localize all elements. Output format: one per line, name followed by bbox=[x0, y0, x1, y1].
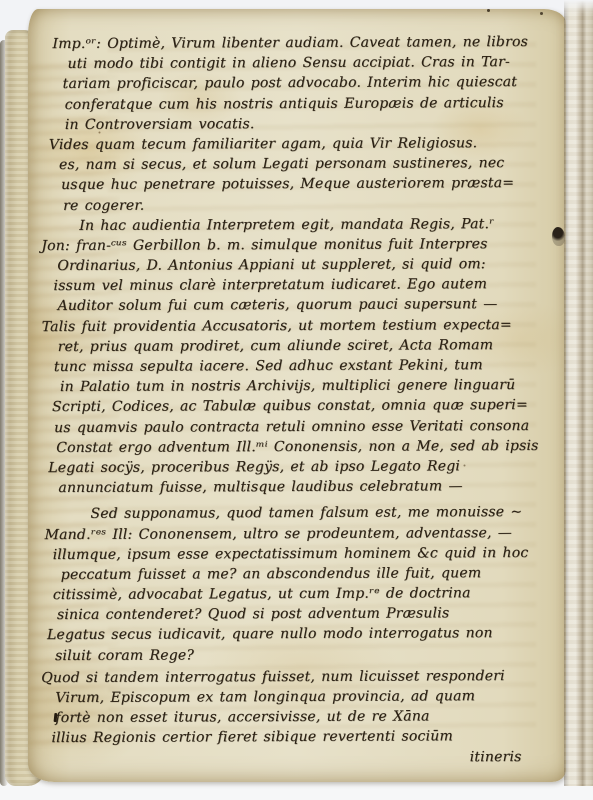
manuscript-line: sinica contenderet? Quod si post adventu… bbox=[57, 603, 559, 625]
manuscript-line: ret, prius quam prodiret, cum aliunde sc… bbox=[58, 335, 558, 357]
ink-specks bbox=[487, 9, 490, 12]
manuscript-page: Imp.ᵒʳ: Optimè, Virum libenter audiam. C… bbox=[28, 9, 566, 782]
manuscript-line: es, nam si secus, et solum Legati person… bbox=[59, 153, 557, 175]
manuscript-line: citissimè, advocabat Legatus, ut cum Imp… bbox=[53, 583, 559, 605]
manuscript-line: tunc missa sepulta iacere. Sed adhuc exs… bbox=[54, 355, 558, 377]
manuscript-line: Mand.ʳᵉˢ Ill: Cononensem, ultro se prode… bbox=[45, 522, 559, 544]
manuscript-line: Ordinarius, D. Antonius Appiani ut suppl… bbox=[57, 254, 557, 276]
adjacent-page-fold bbox=[564, 0, 593, 786]
scanned-manuscript-photo: Imp.ᵒʳ: Optimè, Virum libenter audiam. C… bbox=[0, 0, 593, 800]
manuscript-line: Legati socÿs, proceribus Regÿs, et ab ip… bbox=[48, 456, 558, 478]
manuscript-line: Legatus secus iudicavit, quare nullo mod… bbox=[47, 623, 559, 645]
manuscript-line: itineris bbox=[42, 746, 560, 768]
manuscript-line: Constat ergo adventum Ill.ᵐⁱ Cononensis,… bbox=[56, 436, 558, 458]
manuscript-line: Virum, Episcopum ex tam longinqua provin… bbox=[55, 686, 559, 708]
manuscript-line: in Controversiam vocatis. bbox=[65, 113, 557, 135]
manuscript-line: Vides quam tecum familiariter agam, quia… bbox=[49, 133, 557, 155]
manuscript-line: In hac audientia Interpretem egit, manda… bbox=[79, 214, 557, 236]
manuscript-line: tariam proficiscar, paulo post advocabo.… bbox=[63, 72, 557, 94]
manuscript-line: siluit coram Rege? bbox=[55, 643, 559, 665]
manuscript-line: Sed supponamus, quod tamen falsum est, m… bbox=[90, 502, 558, 524]
manuscript-line: usque huc penetrare potuisses, Meque aus… bbox=[61, 173, 557, 195]
manuscript-line: Talis fuit providentia Accusatoris, ut m… bbox=[42, 314, 558, 336]
adjacent-page-fold-top bbox=[564, 0, 593, 14]
manuscript-line: illius Regionis certior fieret sibique r… bbox=[51, 726, 559, 748]
manuscript-line: uti modo tibi contigit in alieno Sensu a… bbox=[67, 52, 556, 74]
manuscript-line: illumque, ipsum esse expectatissimum hom… bbox=[53, 543, 559, 565]
manuscript-text-block: Imp.ᵒʳ: Optimè, Virum libenter audiam. C… bbox=[38, 32, 559, 769]
manuscript-line: annunciatum fuisse, multisque laudibus c… bbox=[58, 476, 558, 498]
manuscript-line: Jon: fran-ᶜᵘˢ Gerbillon b. m. simulque m… bbox=[41, 234, 557, 256]
manuscript-line: issum vel minus clarè interpretatum iudi… bbox=[53, 274, 557, 296]
manuscript-line: fortè non esset iturus, accersivisse, ut… bbox=[55, 706, 559, 728]
manuscript-line: Imp.ᵒʳ: Optimè, Virum libenter audiam. C… bbox=[52, 32, 556, 54]
manuscript-line: Quod si tandem interrogatus fuisset, num… bbox=[41, 666, 559, 688]
manuscript-line: peccatum fuisset a me? an abscondendus i… bbox=[61, 563, 559, 585]
manuscript-line: in Palatio tum in nostris Archivijs, mul… bbox=[60, 375, 558, 397]
manuscript-line: Scripti, Codices, ac Tabulæ quibus const… bbox=[52, 395, 558, 417]
manuscript-line: conferatque cum his nostris antiquis Eur… bbox=[65, 92, 557, 114]
manuscript-line: Auditor solum fui cum cæteris, quorum pa… bbox=[58, 294, 558, 316]
manuscript-line: re cogerer. bbox=[63, 193, 557, 215]
manuscript-line: us quamvis paulo contracta retuli omnino… bbox=[54, 415, 558, 437]
